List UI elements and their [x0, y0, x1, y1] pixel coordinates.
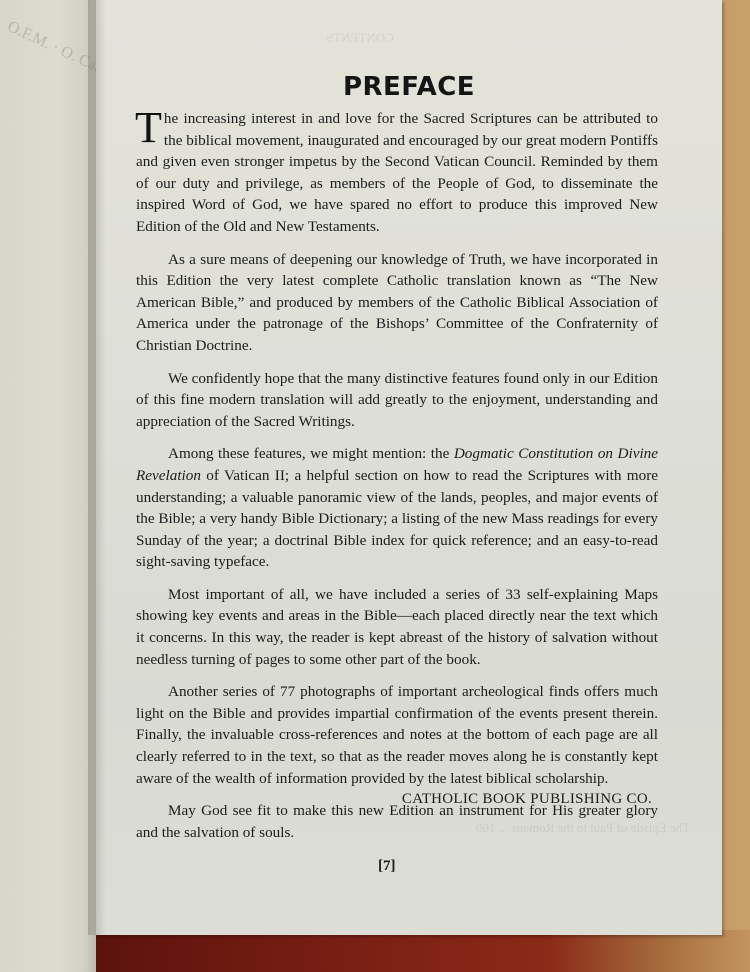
- paragraph-6: Another series of 77 photographs of impo…: [136, 681, 658, 789]
- bleed-through-text: CONTENTS: [326, 30, 394, 46]
- paragraph-4: Among these features, we might mention: …: [136, 443, 658, 573]
- publisher-signature: CATHOLIC BOOK PUBLISHING CO.: [402, 791, 652, 808]
- book-cover-edge: [80, 930, 750, 972]
- paragraph-text: he increasing interest in and love for t…: [136, 110, 658, 235]
- paragraph-text: Among these features, we might mention: …: [168, 445, 454, 462]
- paragraph-5: Most important of all, we have included …: [136, 584, 658, 670]
- preface-body: The increasing interest in and love for …: [136, 108, 658, 854]
- page-number: [7]: [378, 858, 396, 875]
- drop-cap: T: [135, 110, 162, 146]
- page-title: PREFACE: [96, 72, 722, 102]
- preface-page: CONTENTS The Epistle of Paul to the Roma…: [96, 0, 722, 935]
- paragraph-3: We confidently hope that the many distin…: [136, 368, 658, 433]
- left-page: O.F.M. · O. Carm.: [0, 0, 96, 972]
- paragraph-text: of Vatican II; a helpful section on how …: [136, 467, 658, 570]
- paragraph-2: As a sure means of deepening our knowled…: [136, 249, 658, 357]
- paragraph-1: The increasing interest in and love for …: [136, 108, 658, 238]
- left-page-faded-text: O.F.M. · O. Carm.: [4, 18, 96, 84]
